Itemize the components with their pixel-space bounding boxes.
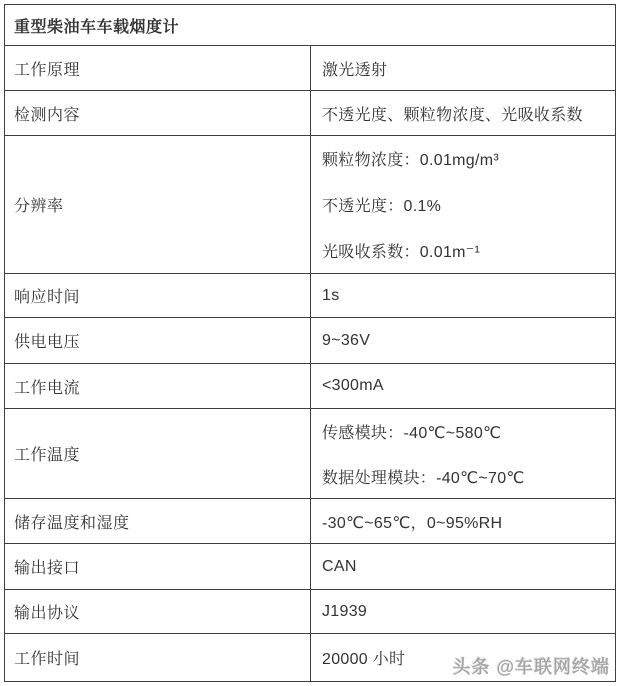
spec-value: J1939 — [322, 603, 615, 621]
spec-label: 输出接口 — [5, 544, 311, 589]
spec-label: 工作温度 — [5, 409, 311, 498]
table-row: 检测内容 不透光度、颗粒物浓度、光吸收系数 — [5, 90, 615, 135]
spec-table: 重型柴油车车载烟度计 工作原理 激光透射 检测内容 不透光度、颗粒物浓度、光吸收… — [4, 4, 616, 682]
spec-label: 输出协议 — [5, 590, 311, 633]
table-row: 输出接口 CAN — [5, 543, 615, 589]
spec-value: 传感模块：-40℃~580℃ — [322, 409, 615, 454]
spec-value: 数据处理模块：-40℃~70℃ — [322, 454, 615, 499]
spec-label: 工作时间 — [5, 634, 311, 681]
spec-value: 1s — [322, 287, 615, 305]
spec-label: 工作原理 — [5, 46, 311, 90]
spec-value: 颗粒物浓度：0.01mg/m³ — [322, 136, 615, 182]
table-row: 工作温度 传感模块：-40℃~580℃ 数据处理模块：-40℃~70℃ — [5, 408, 615, 498]
table-row: 响应时间 1s — [5, 273, 615, 317]
table-row: 供电电压 9~36V — [5, 317, 615, 363]
spec-value: CAN — [322, 558, 615, 576]
spec-label: 供电电压 — [5, 318, 311, 363]
spec-value: -30℃~65℃，0~95%RH — [322, 510, 615, 533]
table-title: 重型柴油车车载烟度计 — [5, 5, 615, 45]
spec-label: 检测内容 — [5, 91, 311, 135]
spec-label: 响应时间 — [5, 274, 311, 317]
spec-label: 储存温度和湿度 — [5, 499, 311, 543]
spec-value: 激光透射 — [322, 57, 615, 80]
spec-label: 工作电流 — [5, 364, 311, 408]
table-row: 输出协议 J1939 — [5, 589, 615, 633]
table-row: 工作原理 激光透射 — [5, 45, 615, 90]
table-row: 分辨率 颗粒物浓度：0.01mg/m³ 不透光度：0.1% 光吸收系数：0.01… — [5, 135, 615, 273]
spec-value: 9~36V — [322, 332, 615, 350]
spec-value: <300mA — [322, 377, 615, 395]
spec-label: 分辨率 — [5, 136, 311, 273]
spec-value: 不透光度、颗粒物浓度、光吸收系数 — [322, 102, 615, 125]
toutiao-watermark: 头条 @车联网终端 — [452, 653, 610, 679]
spec-value: 光吸收系数：0.01m⁻¹ — [322, 227, 615, 273]
table-row: 工作电流 <300mA — [5, 363, 615, 408]
spec-value: 不透光度：0.1% — [322, 182, 615, 228]
table-row: 储存温度和湿度 -30℃~65℃，0~95%RH — [5, 498, 615, 543]
